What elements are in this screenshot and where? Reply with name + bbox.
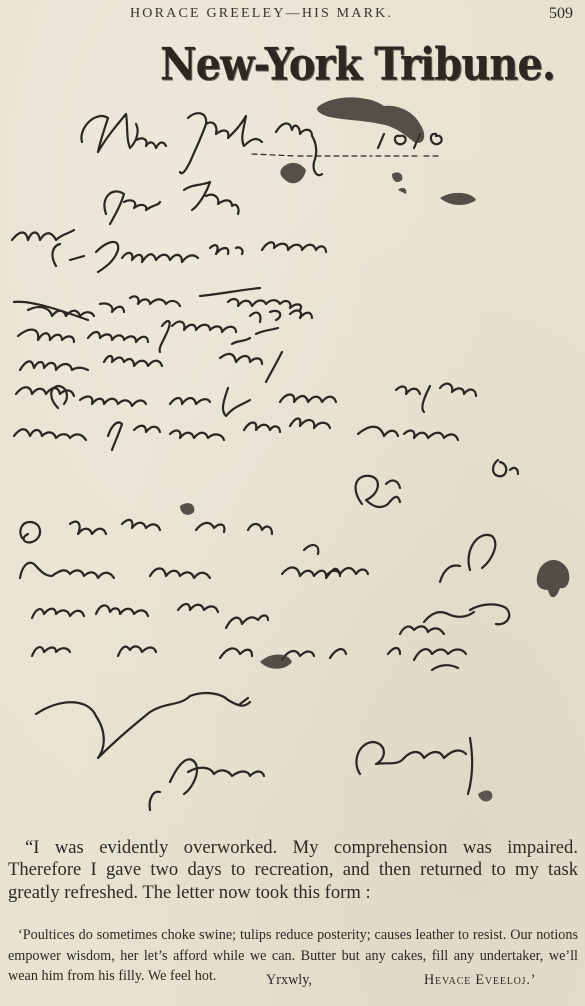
running-head-title: HORACE GREELEY—HIS MARK. (130, 6, 393, 22)
caption-paragraph: “I was evidently overworked. My comprehe… (8, 837, 578, 905)
signoff-name: Hevace Eveeloj.’ (424, 972, 536, 989)
ink-blots (180, 97, 569, 801)
signoff-closing: Yrxwly, (266, 972, 312, 989)
letter-body-handwriting (12, 230, 518, 810)
running-head: HORACE GREELEY—HIS MARK. 509 (0, 6, 585, 28)
page-number: 509 (549, 5, 573, 23)
handwritten-letter-facsimile (0, 90, 585, 820)
salutation-handwriting (104, 182, 238, 224)
handwriting-illustration (0, 90, 585, 820)
transcription-signoff: Yrxwly, Hevace Eveeloj.’ (0, 972, 585, 992)
book-page: HORACE GREELEY—HIS MARK. 509 New-York Tr… (0, 0, 585, 1006)
